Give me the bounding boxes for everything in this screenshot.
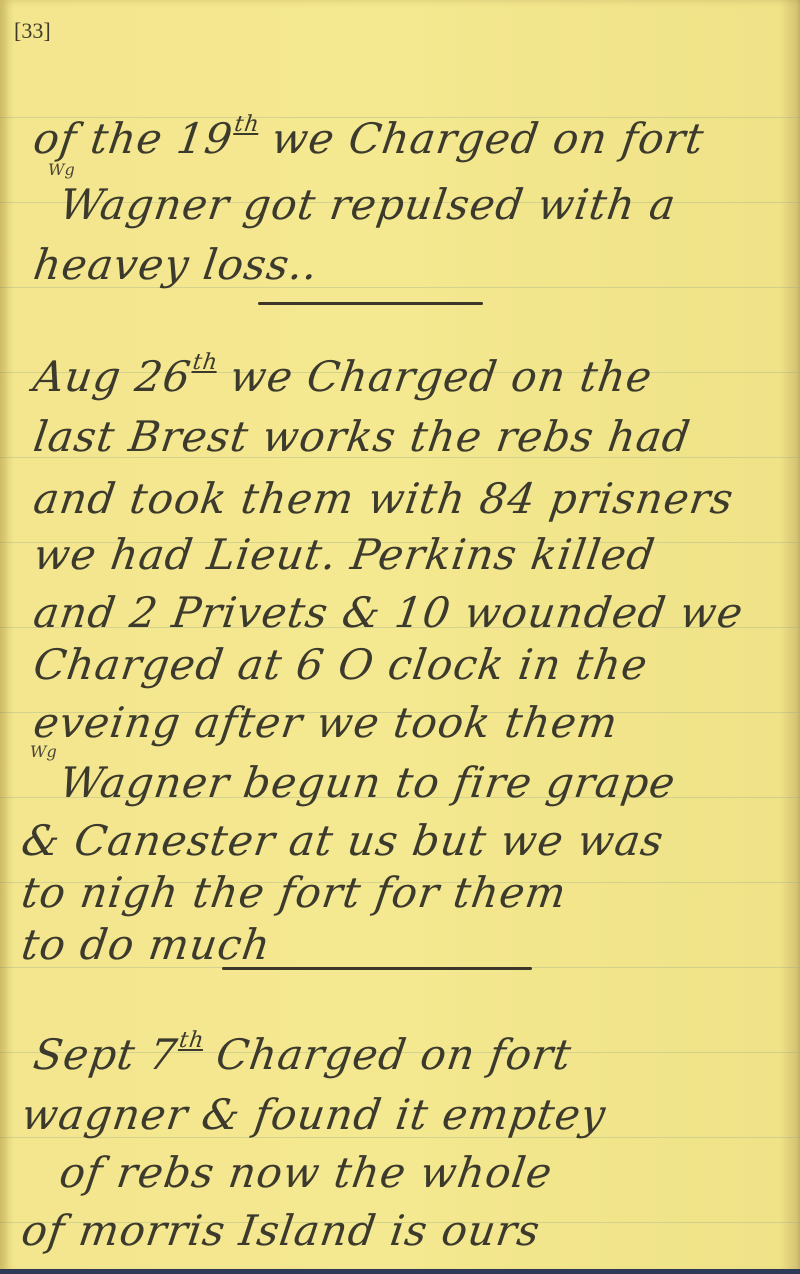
entry-1-line-2: Wagner got repulsed with a — [57, 180, 800, 229]
entry-2-line-5: and 2 Privets & 10 wounded we — [31, 588, 798, 637]
entry-2-line-4: we had Lieut. Perkins killed — [31, 530, 798, 579]
entry-1-line-3: heavey loss.. — [31, 240, 798, 289]
entry-2-line-9: & Canester at us but we was — [19, 816, 786, 865]
page-number: [33] — [14, 18, 51, 44]
diary-page: [33] of the 19th we Charged on fort Wg W… — [0, 0, 800, 1274]
margin-note: Wg — [30, 742, 57, 761]
entry-3-line-3: of rebs now the whole — [57, 1148, 800, 1197]
entry-2-line-3: and took them with 84 prisners — [31, 474, 798, 523]
section-divider — [258, 302, 483, 305]
section-divider — [222, 967, 532, 970]
entry-2-line-11: to do much — [19, 920, 786, 969]
entry-2-line-2: last Brest works the rebs had — [31, 412, 798, 461]
entry-2-line-1: Aug 26th we Charged on the — [30, 350, 797, 401]
entry-2-line-8: Wagner begun to fire grape — [57, 758, 800, 807]
entry-1-line-1: of the 19th we Charged on fort — [30, 112, 797, 163]
margin-note: Wg — [48, 160, 75, 179]
entry-3-line-4: of morris Island is ours — [19, 1206, 786, 1255]
entry-2-line-6: Charged at 6 O clock in the — [31, 640, 798, 689]
entry-2-line-10: to nigh the fort for them — [19, 868, 786, 917]
entry-3-line-2: wagner & found it emptey — [19, 1090, 786, 1139]
entry-2-line-7: eveing after we took them — [31, 698, 798, 747]
entry-3-line-1: Sept 7th Charged on fort — [30, 1028, 797, 1079]
